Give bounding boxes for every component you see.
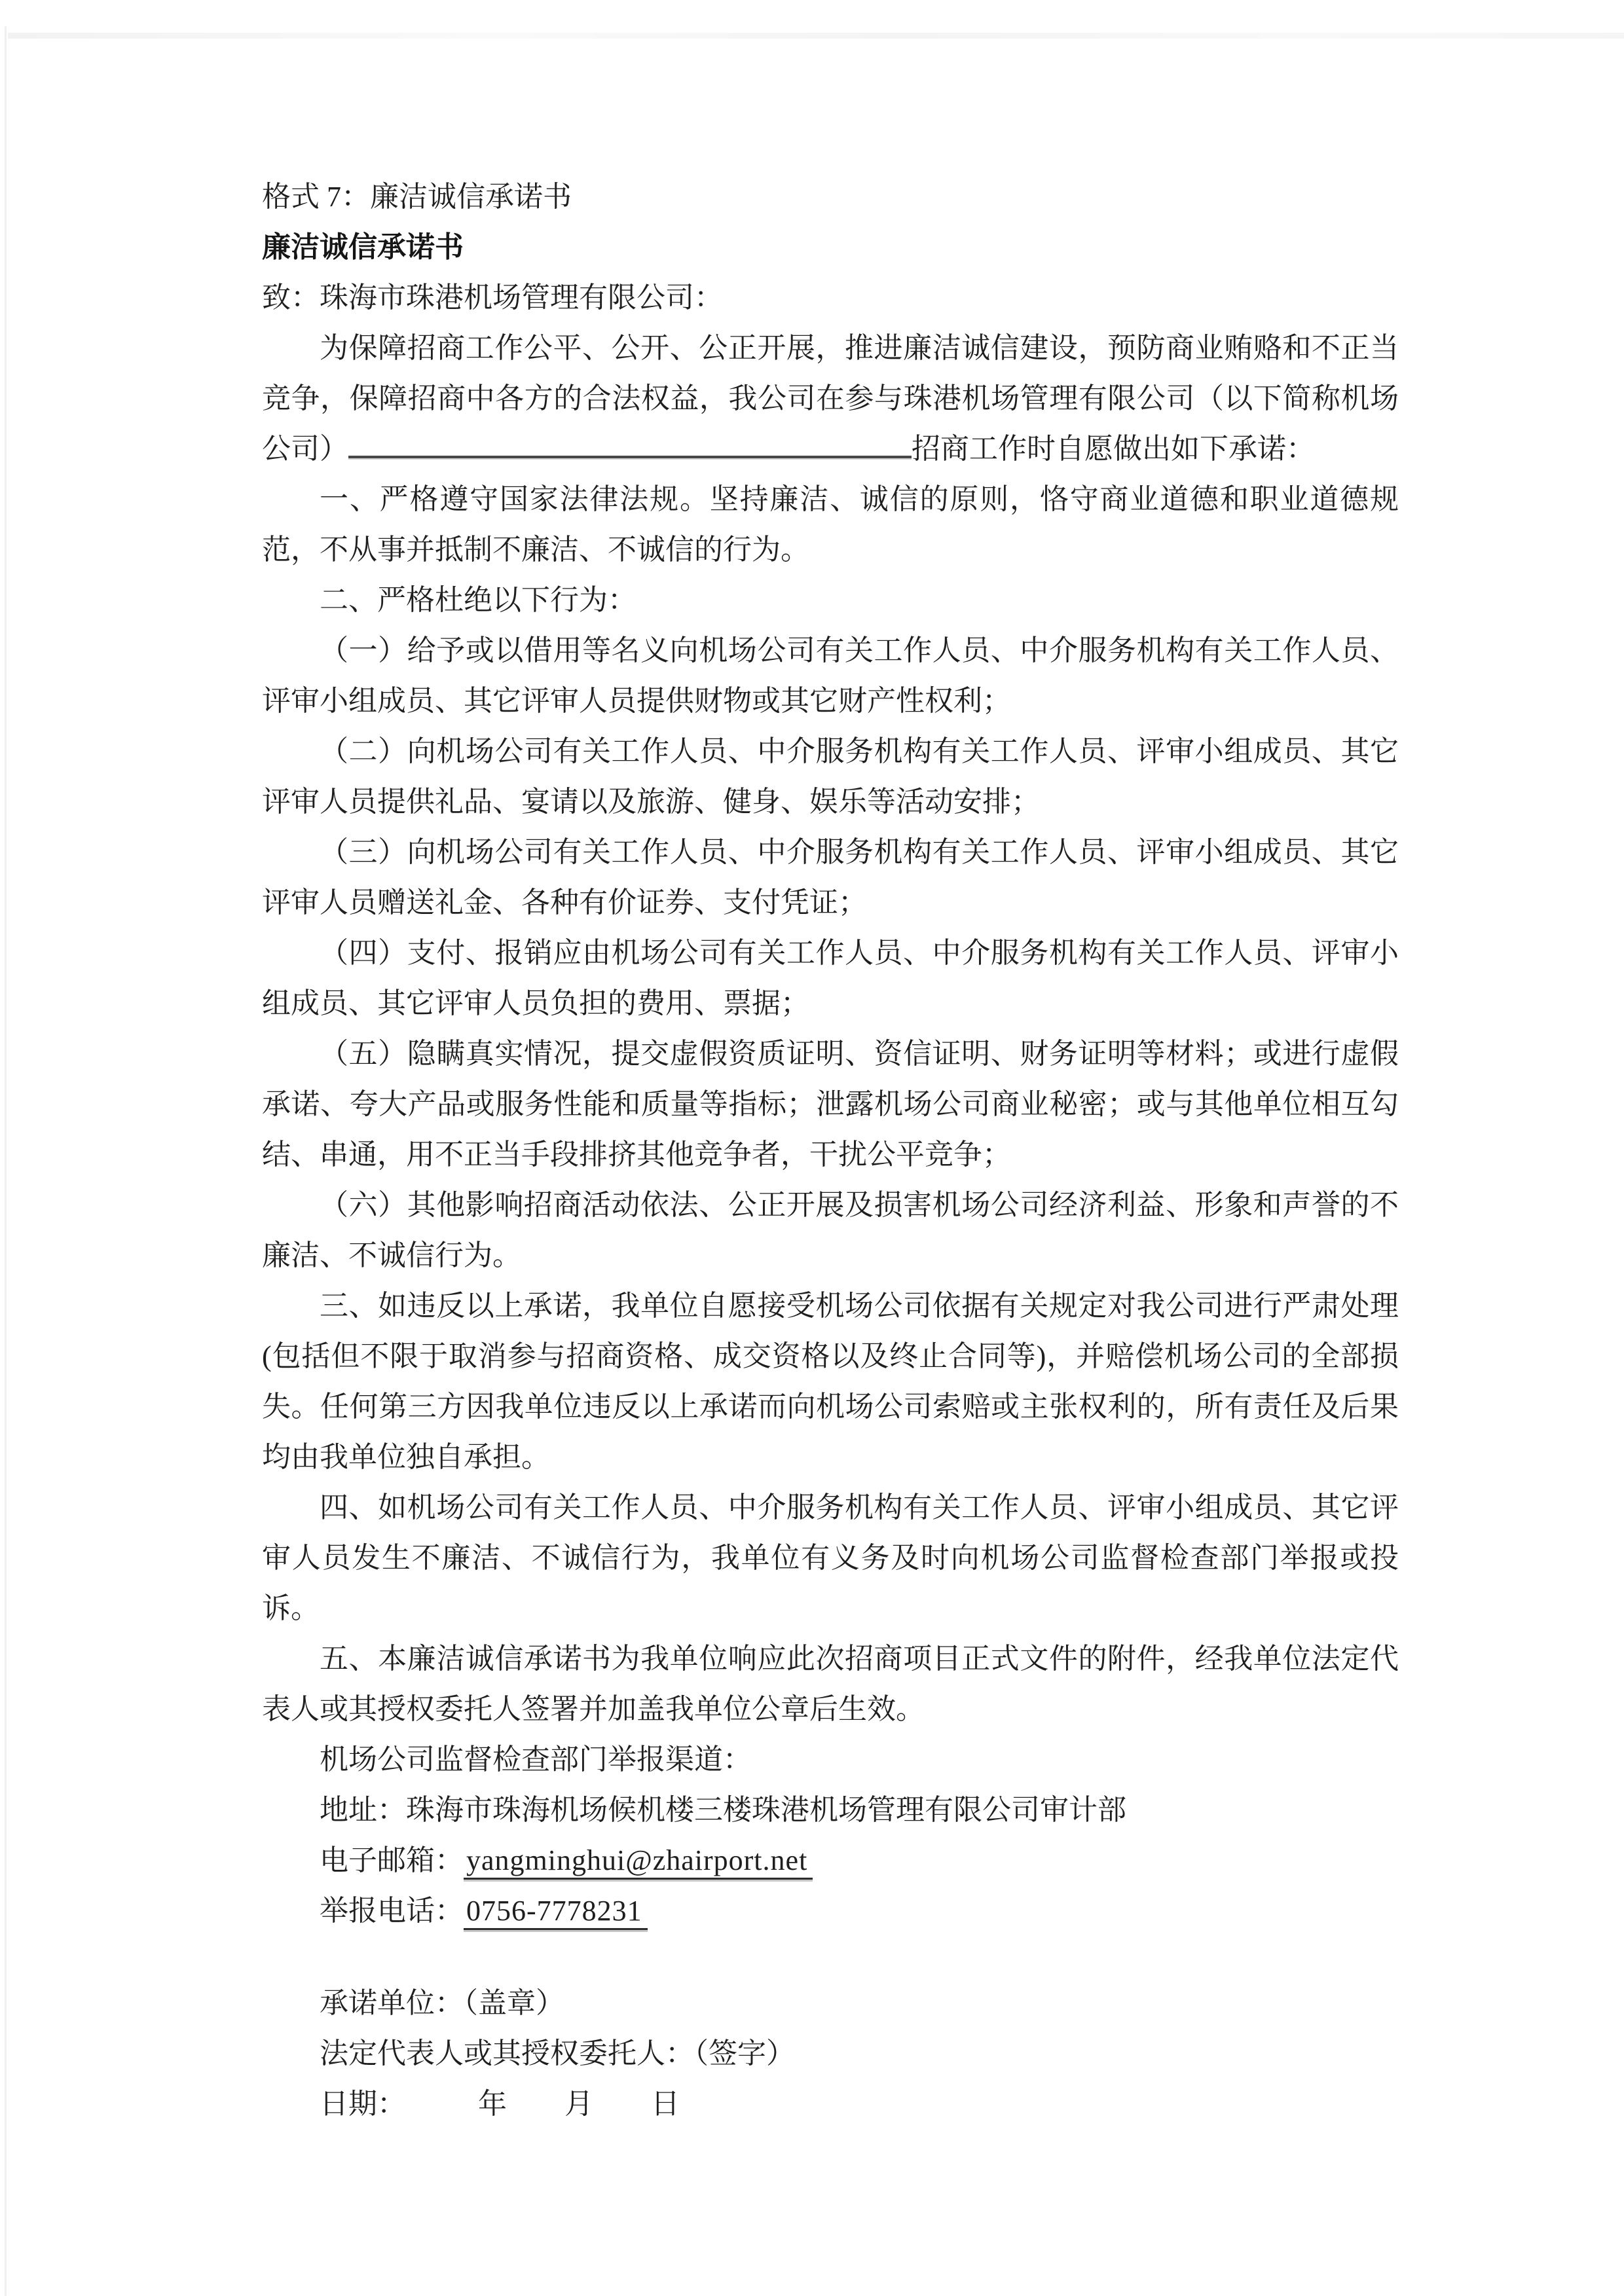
document-title: 廉洁诚信承诺书 [262, 222, 1399, 272]
clause-1: 一、严格遵守国家法律法规。坚持廉洁、诚信的原则，恪守商业道德和职业道德规范，不从… [262, 474, 1399, 575]
format-label: 格式 7：廉洁诚信承诺书 [262, 172, 1399, 222]
clause-2-item-2: （二）向机场公司有关工作人员、中介服务机构有关工作人员、评审小组成员、其它评审人… [262, 726, 1399, 827]
document-page: 格式 7：廉洁诚信承诺书 廉洁诚信承诺书 致：珠海市珠港机场管理有限公司： 为保… [0, 0, 1624, 2296]
report-phone-line: 举报电话：0756-7778231 [262, 1886, 1399, 1936]
clause-5: 五、本廉洁诚信承诺书为我单位响应此次招商项目正式文件的附件，经我单位法定代表人或… [262, 1633, 1399, 1734]
clause-2-item-4: （四）支付、报销应由机场公司有关工作人员、中介服务机构有关工作人员、评审小组成员… [262, 928, 1399, 1029]
email-label: 电子邮箱： [320, 1844, 464, 1876]
clause-2-item-6: （六）其他影响招商活动依法、公正开展及损害机场公司经济利益、形象和声誉的不廉洁、… [262, 1180, 1399, 1281]
clause-2-item-5: （五）隐瞒真实情况，提交虚假资质证明、资信证明、财务证明等材料；或进行虚假承诺、… [262, 1029, 1399, 1180]
signature-unit-line: 承诺单位：（盖章） [262, 1978, 1399, 2028]
clause-2-item-1: （一）给予或以借用等名义向机场公司有关工作人员、中介服务机构有关工作人员、评审小… [262, 625, 1399, 726]
email-value: yangminghui@zhairport.net [464, 1844, 813, 1880]
opening-paragraph: 为保障招商工作公平、公开、公正开展，推进廉洁诚信建设，预防商业贿赂和不正当竞争，… [262, 323, 1399, 474]
signature-date-line: 日期： 年 月 日 [262, 2079, 1399, 2129]
document-content: 格式 7：廉洁诚信承诺书 廉洁诚信承诺书 致：珠海市珠港机场管理有限公司： 为保… [262, 172, 1399, 2129]
report-address-line: 地址：珠海市珠海机场候机楼三楼珠港机场管理有限公司审计部 [262, 1785, 1399, 1835]
clause-3: 三、如违反以上承诺，我单位自愿接受机场公司依据有关规定对我公司进行严肃处理(包括… [262, 1281, 1399, 1482]
phone-value: 0756-7778231 [464, 1895, 648, 1930]
report-channel-heading: 机场公司监督检查部门举报渠道： [262, 1734, 1399, 1785]
signature-legal-rep-line: 法定代表人或其授权委托人：（签字） [262, 2028, 1399, 2079]
clause-2: 二、严格杜绝以下行为： [262, 575, 1399, 625]
clause-2-item-3: （三）向机场公司有关工作人员、中介服务机构有关工作人员、评审小组成员、其它评审人… [262, 827, 1399, 928]
clause-4: 四、如机场公司有关工作人员、中介服务机构有关工作人员、评审小组成员、其它评审人员… [262, 1482, 1399, 1633]
phone-label: 举报电话： [320, 1895, 464, 1927]
scan-artifact-horizontal [8, 33, 1624, 39]
scan-artifact-vertical [5, 26, 7, 2296]
salutation-line: 致：珠海市珠港机场管理有限公司： [262, 272, 1399, 323]
signature-block-spacer [262, 1936, 1399, 1978]
report-email-line: 电子邮箱：yangminghui@zhairport.net [262, 1835, 1399, 1886]
company-name-blank [348, 448, 912, 458]
opening-text-post: 招商工作时自愿做出如下承诺： [912, 433, 1315, 465]
